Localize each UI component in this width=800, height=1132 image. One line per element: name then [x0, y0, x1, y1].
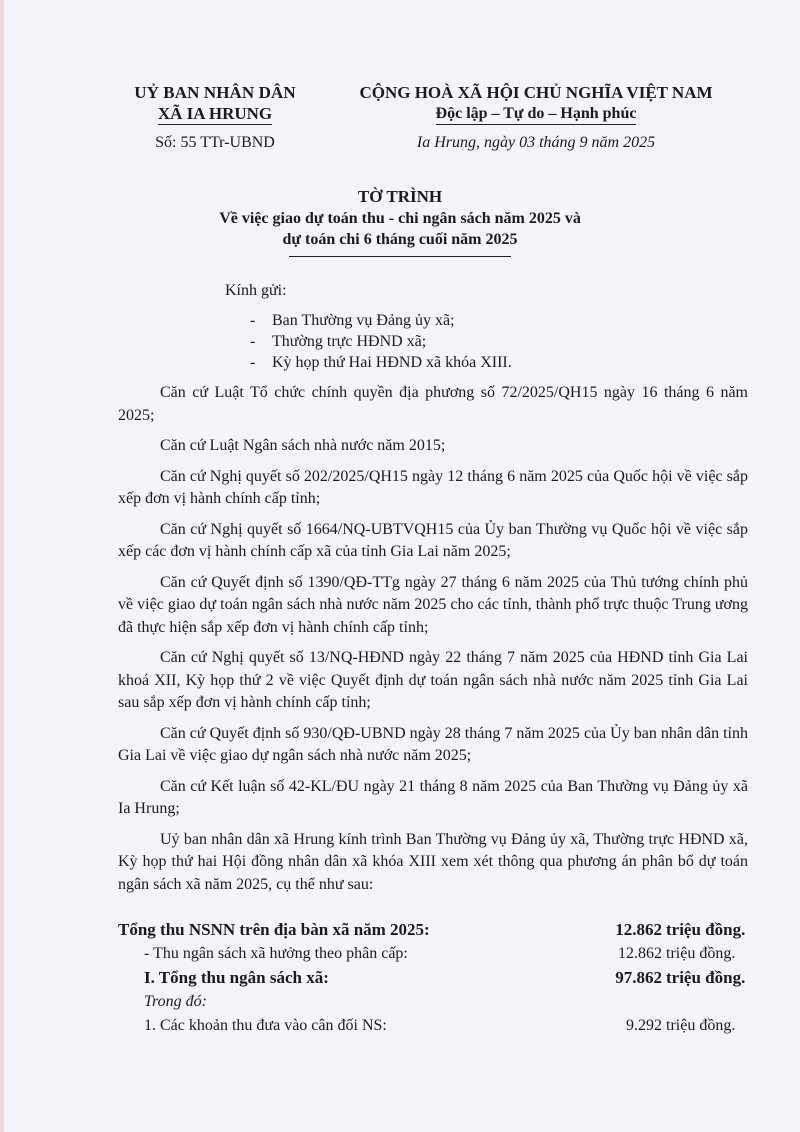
paragraph: Căn cứ Luật Ngân sách nhà nước năm 2015; [118, 435, 748, 458]
agency-name: UỶ BAN NHÂN DÂN [115, 82, 315, 104]
budget-value: 9.292 [626, 1014, 662, 1038]
budget-label: Trong đó: [144, 990, 207, 1014]
document-title-block: TỜ TRÌNH Về việc giao dự toán thu - chi … [0, 186, 800, 257]
national-motto: Độc lập – Tự do – Hạnh phúc [436, 104, 637, 125]
document-number: Số: 55 TTr-UBND [115, 131, 315, 155]
recipient-text: Thường trực HĐND xã; [272, 333, 426, 350]
document-type: TỜ TRÌNH [0, 186, 800, 208]
paragraph: Căn cứ Kết luận số 42-KL/ĐU ngày 21 thán… [118, 776, 748, 821]
legal-basis-body: Căn cứ Luật Tổ chức chính quyền địa phươ… [118, 382, 748, 904]
budget-unit: triệu đồng. [666, 1014, 735, 1038]
recipient-text: Ban Thường vụ Đảng ủy xã; [272, 312, 455, 329]
budget-unit: triệu đồng. [666, 918, 745, 942]
commune-name: XÃ IA HRUNG [158, 104, 272, 125]
title-underline [289, 256, 511, 257]
recipient-item: -Kỳ họp thứ Hai HĐND xã khóa XIII. [225, 352, 745, 373]
bullet-dash: - [250, 310, 255, 331]
paragraph: Uỷ ban nhân dân xã Hrung kính trình Ban … [118, 829, 748, 897]
page-edge [0, 0, 4, 1132]
subject-line-1: Về việc giao dự toán thu - chi ngân sách… [0, 208, 800, 229]
place-and-date: Ia Hrung, ngày 03 tháng 9 năm 2025 [330, 131, 742, 155]
recipient-item: -Thường trực HĐND xã; [225, 331, 745, 352]
budget-row-total-commune-revenue: I. Tổng thu ngân sách xã: 97.862 triệu đ… [118, 966, 750, 990]
paragraph: Căn cứ Nghị quyết số 1664/NQ-UBTVQH15 củ… [118, 519, 748, 564]
budget-value: 12.862 [615, 918, 662, 942]
paragraph: Căn cứ Quyết định số 930/QĐ-UBND ngày 28… [118, 723, 748, 768]
recipient-item: -Ban Thường vụ Đảng ủy xã; [225, 310, 745, 331]
budget-summary: Tổng thu NSNN trên địa bàn xã năm 2025: … [118, 918, 750, 1038]
paragraph: Căn cứ Nghị quyết số 13/NQ-HĐND ngày 22 … [118, 647, 748, 715]
budget-label: - Thu ngân sách xã hưởng theo phân cấp: [144, 942, 408, 966]
nation-name: CỘNG HOÀ XÃ HỘI CHỦ NGHĨA VIỆT NAM [330, 82, 742, 104]
budget-label: I. Tổng thu ngân sách xã: [144, 966, 329, 990]
budget-unit: triệu đồng. [666, 966, 745, 990]
budget-label: 1. Các khoản thu đưa vào cân đối NS: [144, 1014, 387, 1038]
issuing-agency-block: UỶ BAN NHÂN DÂN XÃ IA HRUNG Số: 55 TTr-U… [115, 82, 315, 155]
recipients-block: Kính gửi: -Ban Thường vụ Đảng ủy xã; -Th… [225, 280, 745, 373]
budget-row-balanced-revenue: 1. Các khoản thu đưa vào cân đối NS: 9.2… [118, 1014, 750, 1038]
budget-value: 97.862 [615, 966, 662, 990]
budget-label: Tổng thu NSNN trên địa bàn xã năm 2025: [118, 918, 430, 942]
national-title-block: CỘNG HOÀ XÃ HỘI CHỦ NGHĨA VIỆT NAM Độc l… [330, 82, 742, 155]
recipients-label: Kính gửi: [225, 280, 745, 310]
paragraph: Căn cứ Nghị quyết số 202/2025/QH15 ngày … [118, 466, 748, 511]
budget-row-commune-share: - Thu ngân sách xã hưởng theo phân cấp: … [118, 942, 750, 966]
budget-row-total-state-revenue: Tổng thu NSNN trên địa bàn xã năm 2025: … [118, 918, 750, 942]
budget-row-including: Trong đó: [118, 990, 750, 1014]
budget-value: 12.862 [618, 942, 662, 966]
bullet-dash: - [250, 331, 255, 352]
paragraph: Căn cứ Luật Tổ chức chính quyền địa phươ… [118, 382, 748, 427]
recipient-text: Kỳ họp thứ Hai HĐND xã khóa XIII. [272, 354, 512, 371]
budget-unit: triệu đồng. [666, 942, 735, 966]
paragraph: Căn cứ Quyết định số 1390/QĐ-TTg ngày 27… [118, 572, 748, 640]
bullet-dash: - [250, 352, 255, 373]
subject-line-2: dự toán chi 6 tháng cuối năm 2025 [0, 229, 800, 250]
